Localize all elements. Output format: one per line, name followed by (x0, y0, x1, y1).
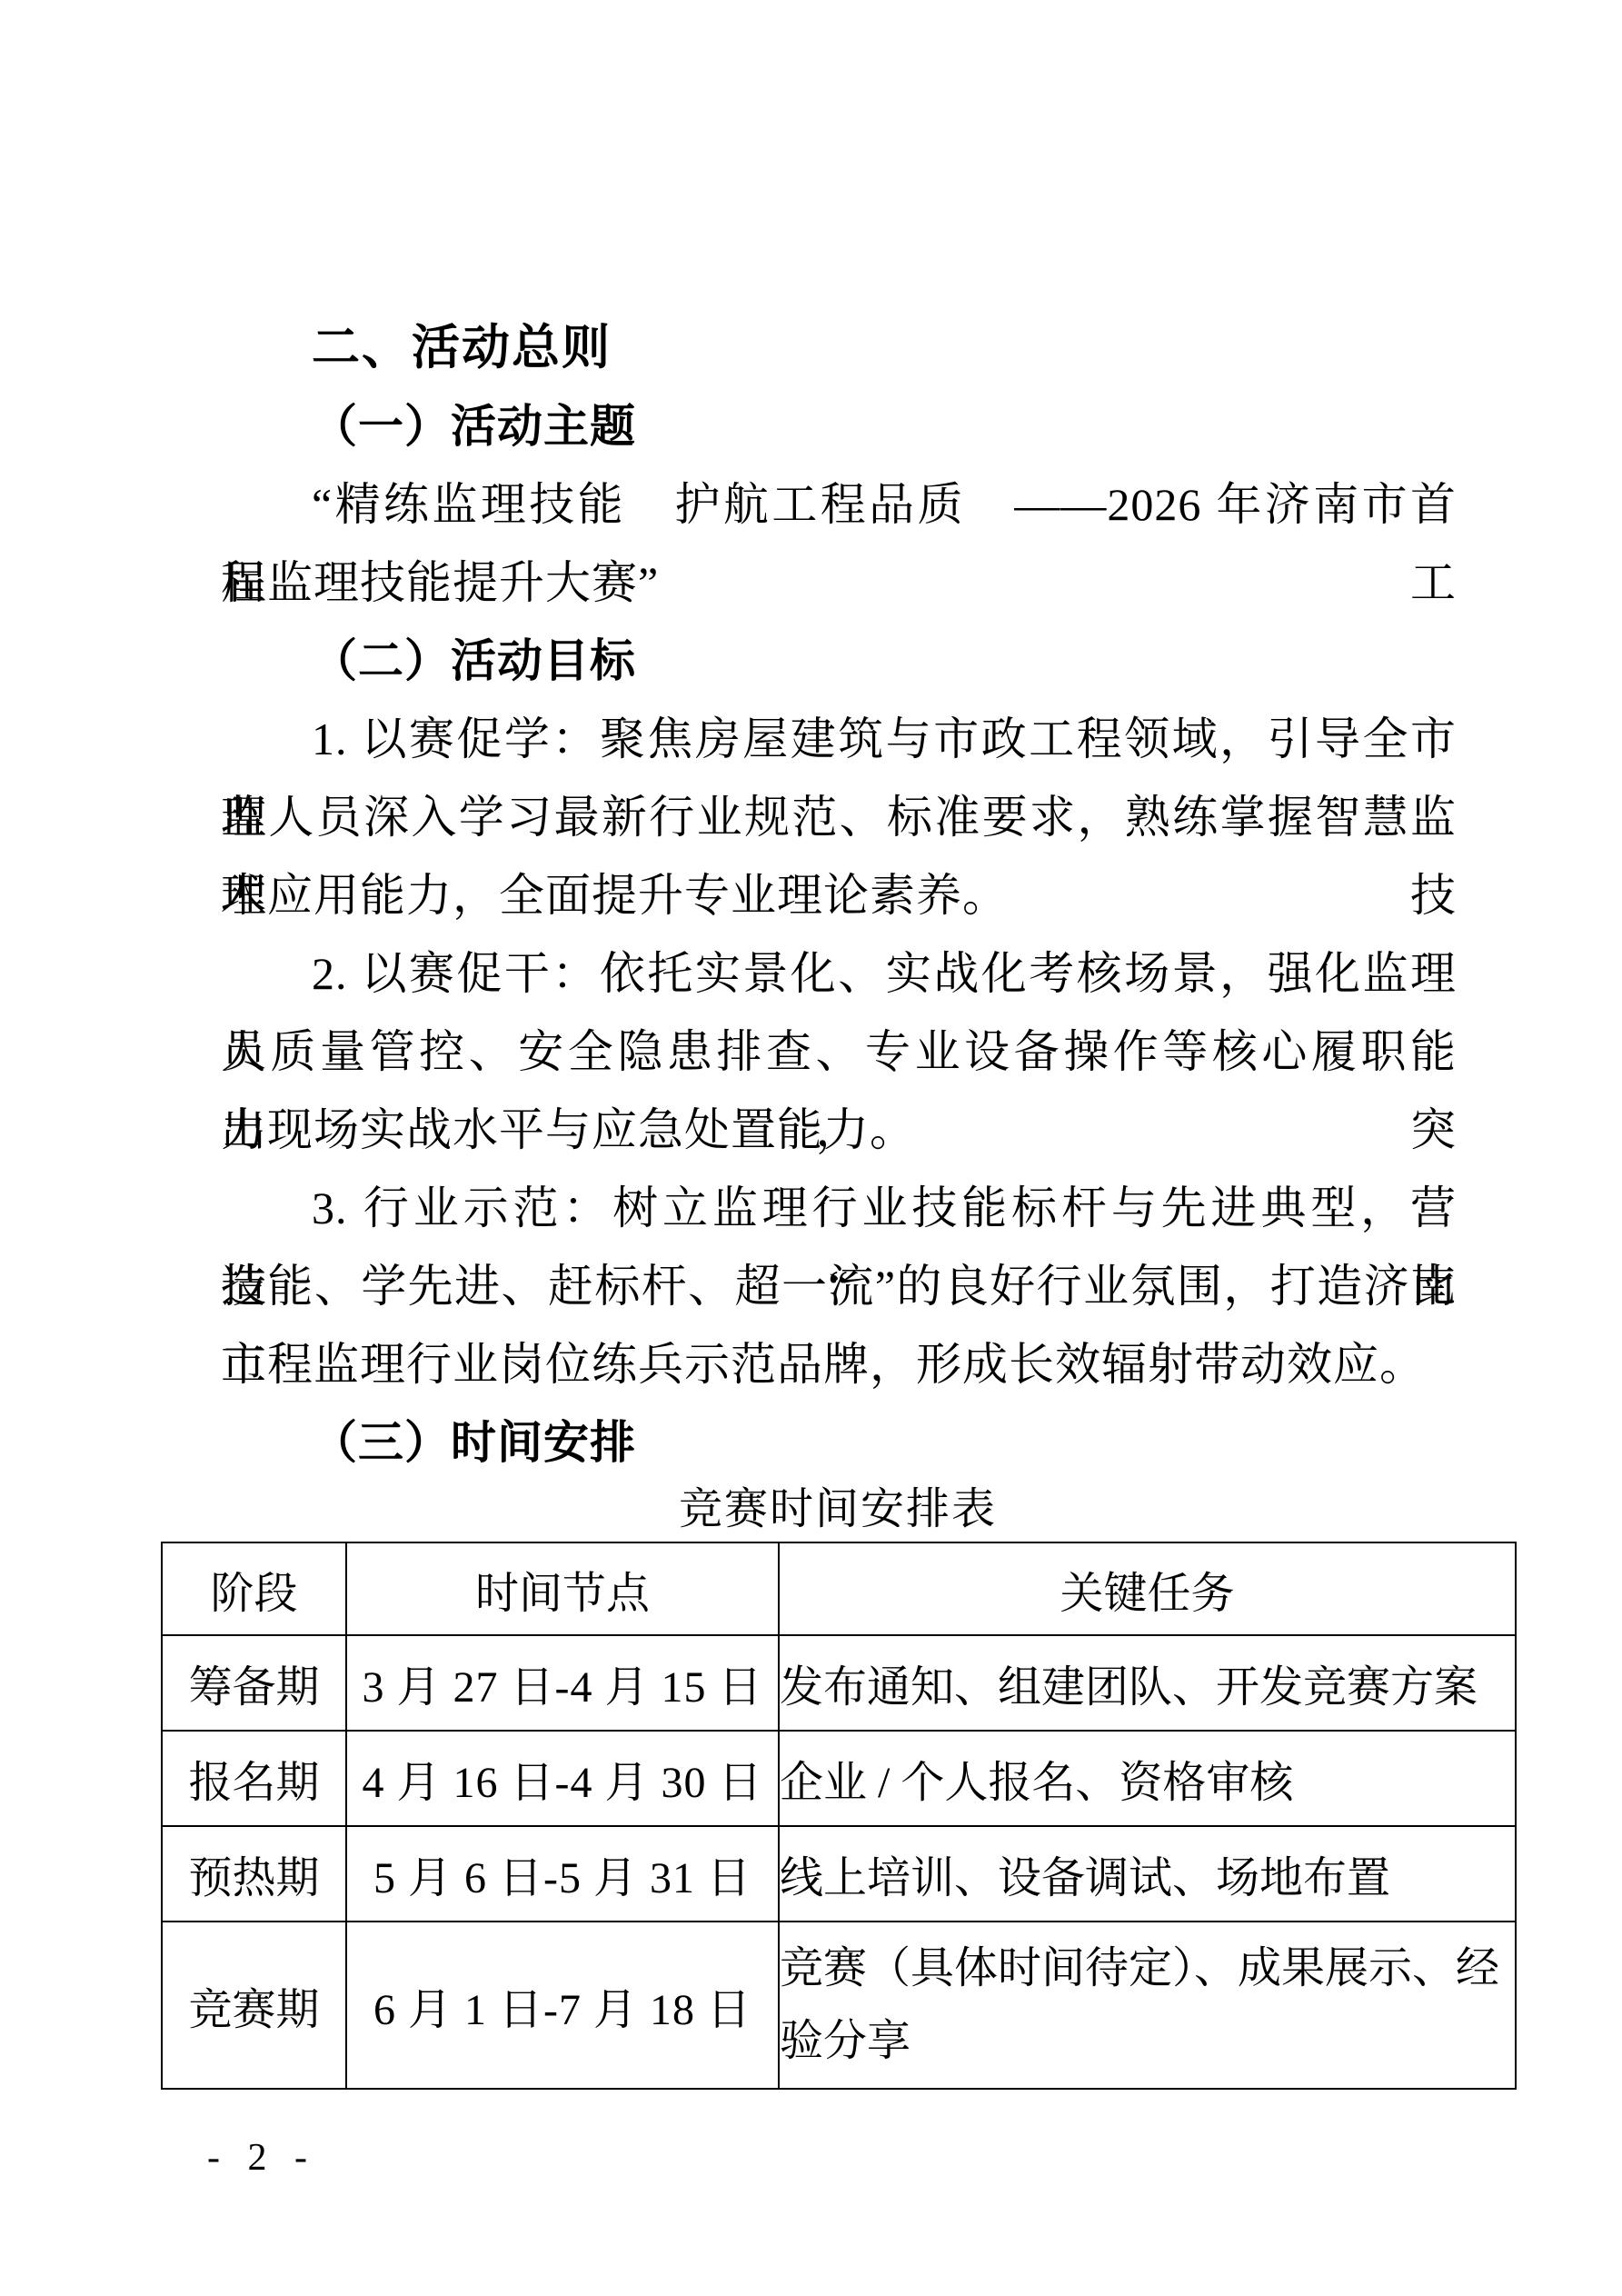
cell-time: 6 月 1 日-7 月 18 日 (346, 1922, 779, 2089)
table-header-row: 阶段 时间节点 关键任务 (162, 1542, 1516, 1635)
table-title: 竞赛时间安排表 (161, 1478, 1515, 1542)
document-body: 二、活动总则 （一）活动主题 “精练监理技能 护航工程品质 ——2026 年济南… (221, 309, 1457, 1482)
schedule-table: 阶段 时间节点 关键任务 筹备期 3 月 27 日-4 月 15 日 发布通知、… (161, 1542, 1517, 2090)
cell-task: 竞赛（具体时间待定）、成果展示、经验分享 (779, 1922, 1516, 2089)
cell-stage: 筹备期 (162, 1635, 346, 1731)
document-page: 二、活动总则 （一）活动主题 “精练监理技能 护航工程品质 ——2026 年济南… (0, 0, 1622, 2296)
cell-task: 企业 / 个人报名、资格审核 (779, 1731, 1516, 1826)
header-cell-time: 时间节点 (346, 1542, 779, 1635)
body-line: 员质量管控、安全隐患排查、专业设备操作等核心履职能力，突 (221, 1013, 1457, 1091)
body-line: 技能、学先进、赶标杆、超一流”的良好行业氛围，打造济南市 (221, 1247, 1457, 1325)
cell-time: 3 月 27 日-4 月 15 日 (346, 1635, 779, 1731)
body-line: 工程监理行业岗位练兵示范品牌，形成长效辐射带动效应。 (221, 1325, 1457, 1403)
header-cell-task: 关键任务 (779, 1542, 1516, 1635)
cell-time: 5 月 6 日-5 月 31 日 (346, 1826, 779, 1922)
subsection-title-2: （二）活动目标 (221, 622, 1457, 700)
body-line: 2. 以赛促干：依托实景化、实战化考核场景，强化监理人 (221, 934, 1457, 1013)
table-row: 预热期 5 月 6 日-5 月 31 日 线上培训、设备调试、场地布置 (162, 1826, 1516, 1922)
cell-stage: 预热期 (162, 1826, 346, 1922)
body-line: “精练监理技能 护航工程品质 ——2026 年济南市首届工 (221, 465, 1457, 544)
header-cell-stage: 阶段 (162, 1542, 346, 1635)
table-row: 筹备期 3 月 27 日-4 月 15 日 发布通知、组建团队、开发竞赛方案 (162, 1635, 1516, 1731)
page-number: - 2 - (207, 2136, 316, 2180)
cell-task: 线上培训、设备调试、场地布置 (779, 1826, 1516, 1922)
subsection-title-1: （一）活动主题 (221, 387, 1457, 465)
schedule-section: 竞赛时间安排表 阶段 时间节点 关键任务 筹备期 3 月 27 日-4 月 15… (161, 1478, 1515, 2090)
cell-task: 发布通知、组建团队、开发竞赛方案 (779, 1635, 1516, 1731)
table-row: 竞赛期 6 月 1 日-7 月 18 日 竞赛（具体时间待定）、成果展示、经验分… (162, 1922, 1516, 2089)
subsection-title-3: （三）时间安排 (221, 1403, 1457, 1482)
body-line: 1. 以赛促学：聚焦房屋建筑与市政工程领域，引导全市监 (221, 700, 1457, 778)
body-line: 3. 行业示范：树立监理行业技能标杆与先进典型，营造“比 (221, 1169, 1457, 1247)
cell-stage: 报名期 (162, 1731, 346, 1826)
section-heading: 二、活动总则 (221, 309, 1457, 387)
cell-stage: 竞赛期 (162, 1922, 346, 2089)
table-row: 报名期 4 月 16 日-4 月 30 日 企业 / 个人报名、资格审核 (162, 1731, 1516, 1826)
cell-time: 4 月 16 日-4 月 30 日 (346, 1731, 779, 1826)
body-line: 理人员深入学习最新行业规范、标准要求，熟练掌握智慧监理技 (221, 778, 1457, 856)
